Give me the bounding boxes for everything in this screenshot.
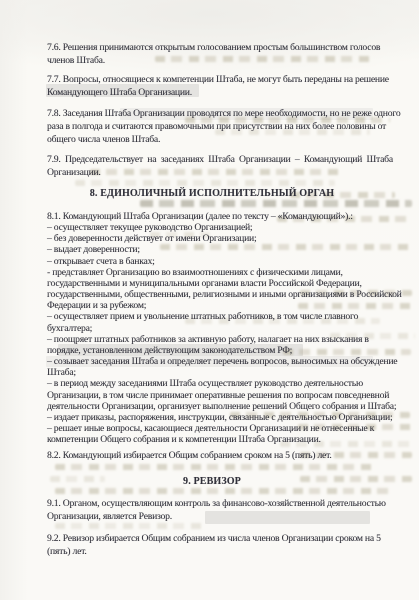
section-heading-8: 8. ЕДИНОЛИЧНЫЙ ИСПОЛНИТЕЛЬНЫЙ ОРГАН xyxy=(47,187,377,200)
bleed-through-artifact xyxy=(140,200,412,207)
section-heading-9: 9. РЕВИЗОР xyxy=(47,475,377,488)
bleed-through-artifact xyxy=(55,523,205,529)
paragraph-7-8: 7.8. Заседания Штаба Организации проводя… xyxy=(47,107,377,146)
paragraph-9-1: 9.1. Органом, осуществляющим контроль за… xyxy=(47,497,377,523)
paragraph-7-6: 7.6. Решения принимаются открытым голосо… xyxy=(47,41,377,67)
paragraph-9-2: 9.2. Ревизор избирается Общим собранием … xyxy=(47,532,377,558)
paragraph-7-9: 7.9. Председательствует на заседаниях Шт… xyxy=(47,153,377,179)
paragraph-7-7: 7.7. Вопросы, относящиеся к компетенции … xyxy=(47,73,377,99)
document-page: 7.6. Решения принимаются открытым голосо… xyxy=(0,0,419,600)
paragraph-8-1: 8.1. Командующий Штаба Организации (дале… xyxy=(47,211,377,445)
paragraph-8-2: 8.2. Командующий избирается Общим собран… xyxy=(47,449,377,462)
bleed-through-artifact xyxy=(55,464,375,470)
bleed-through-artifact xyxy=(75,180,335,186)
bleed-through-artifact xyxy=(55,488,395,494)
